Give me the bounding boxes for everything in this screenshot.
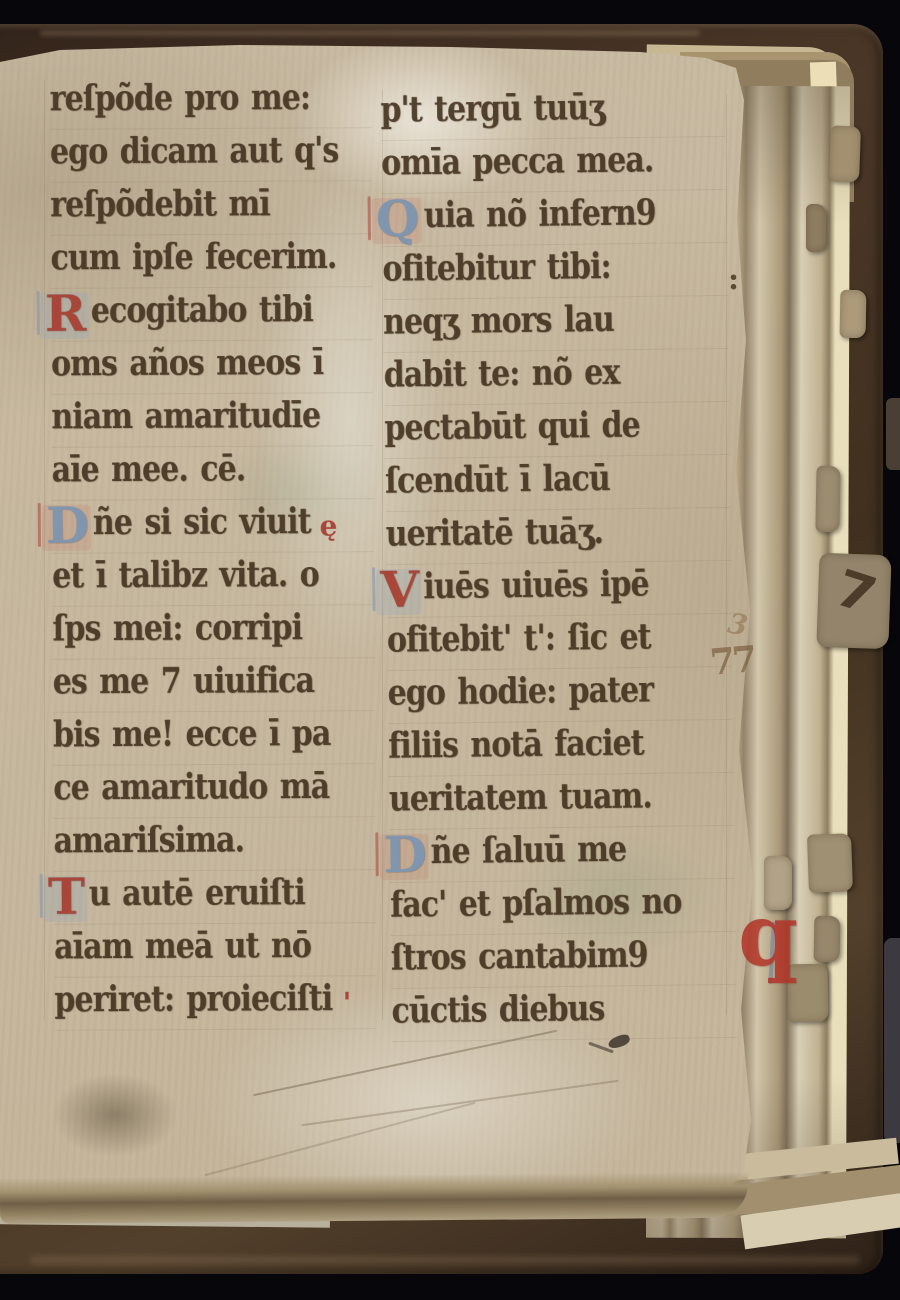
background-object — [886, 398, 900, 470]
rubric-suffix: ę — [320, 509, 338, 542]
folio-number: 77 — [708, 638, 756, 684]
cover-bottom-highlight — [30, 1256, 860, 1264]
text-column-right: p't tergū tuūʒomīa pecca mea.Quia nõ inf… — [380, 84, 737, 1042]
illuminated-initial: D — [383, 830, 427, 881]
manuscript-photo: 7 reſpõde pro me:ego dicam aut q'sreſpõd… — [0, 0, 900, 1300]
page-tab — [815, 466, 840, 532]
tab-numeral: 7 — [828, 559, 883, 627]
illuminated-initial: Q — [375, 194, 419, 245]
text-line: cūctis diebus — [391, 985, 737, 1042]
margin-colon-mark: : — [728, 262, 739, 297]
background-object — [884, 938, 900, 1143]
text-column-left: reſpõde pro me:ego dicam aut q'sreſpõdeb… — [50, 75, 377, 1031]
rubric-suffix: ' — [343, 986, 352, 1019]
page-tab — [840, 290, 867, 338]
illuminated-initial: V — [380, 565, 419, 615]
page-tab — [814, 916, 841, 962]
page-tab — [806, 204, 826, 252]
page-tab — [829, 125, 861, 182]
page-tab — [807, 833, 853, 893]
illuminated-initial: R — [45, 289, 87, 339]
margin-catch-letter: q — [738, 896, 798, 976]
illuminated-initial: D — [46, 501, 90, 551]
illuminated-initial: T — [48, 872, 85, 922]
line-text: cūctis diebus — [391, 978, 605, 1042]
cover-top-highlight — [40, 30, 700, 36]
line-text: periret: proieciſti — [54, 968, 332, 1031]
text-line: periret: proieciſti' — [54, 976, 376, 1031]
page-bottom-edge — [0, 1171, 748, 1224]
page-tab-numbered: 7 — [816, 553, 891, 649]
